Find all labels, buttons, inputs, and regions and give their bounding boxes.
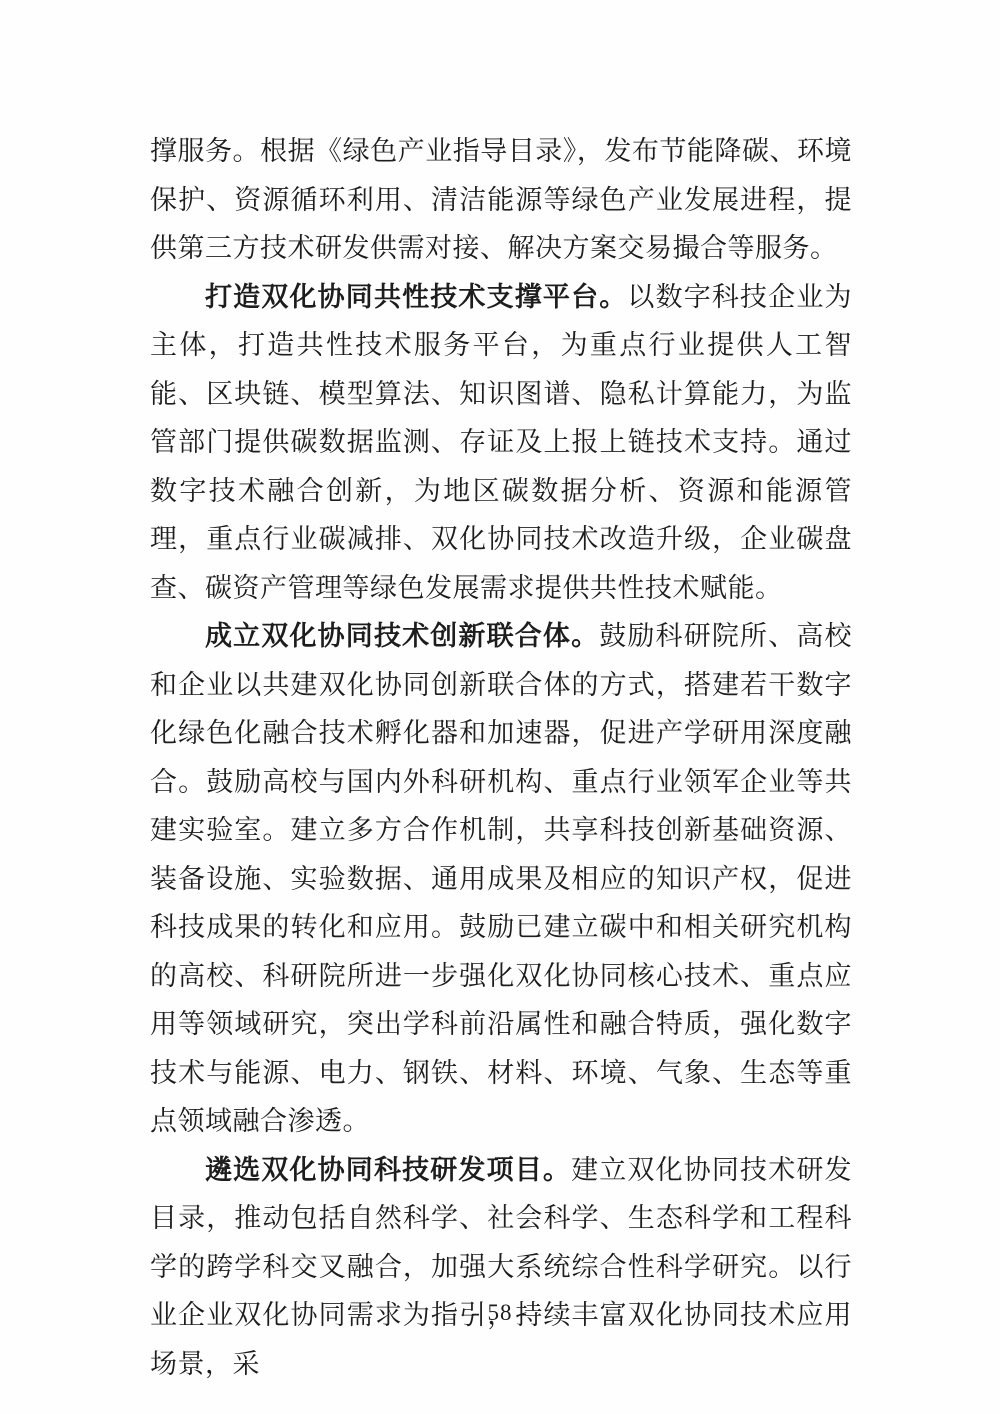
paragraph-lead: 遴选双化协同科技研发项目。 xyxy=(205,1155,571,1185)
paragraph-body: 撑服务。根据《绿色产业指导目录》，发布节能降碳、环境保护、资源循环利用、清洁能源… xyxy=(150,136,852,263)
page-number: - 58 - xyxy=(0,1300,1000,1326)
paragraph: 打造双化协同共性技术支撑平台。以数字科技企业为主体，打造共性技术服务平台，为重点… xyxy=(150,273,852,613)
paragraph: 撑服务。根据《绿色产业指导目录》，发布节能降碳、环境保护、资源循环利用、清洁能源… xyxy=(150,127,852,273)
paragraph: 成立双化协同技术创新联合体。鼓励科研院所、高校和企业以共建双化协同创新联合体的方… xyxy=(150,612,852,1146)
document-page: 撑服务。根据《绿色产业指导目录》，发布节能降碳、环境保护、资源循环利用、清洁能源… xyxy=(0,0,1000,1414)
paragraph-lead: 成立双化协同技术创新联合体。 xyxy=(205,621,599,651)
paragraph-lead: 打造双化协同共性技术支撑平台。 xyxy=(205,282,627,312)
paragraph-body: 鼓励科研院所、高校和企业以共建双化协同创新联合体的方式，搭建若干数字化绿色化融合… xyxy=(150,621,852,1136)
body-text: 撑服务。根据《绿色产业指导目录》，发布节能降碳、环境保护、资源循环利用、清洁能源… xyxy=(150,127,852,1388)
paragraph: 遴选双化协同科技研发项目。建立双化协同技术研发目录，推动包括自然科学、社会科学、… xyxy=(150,1146,852,1389)
paragraph-body: 建立双化协同技术研发目录，推动包括自然科学、社会科学、生态科学和工程科学的跨学科… xyxy=(150,1155,852,1379)
paragraph-body: 以数字科技企业为主体，打造共性技术服务平台，为重点行业提供人工智能、区块链、模型… xyxy=(150,282,852,603)
